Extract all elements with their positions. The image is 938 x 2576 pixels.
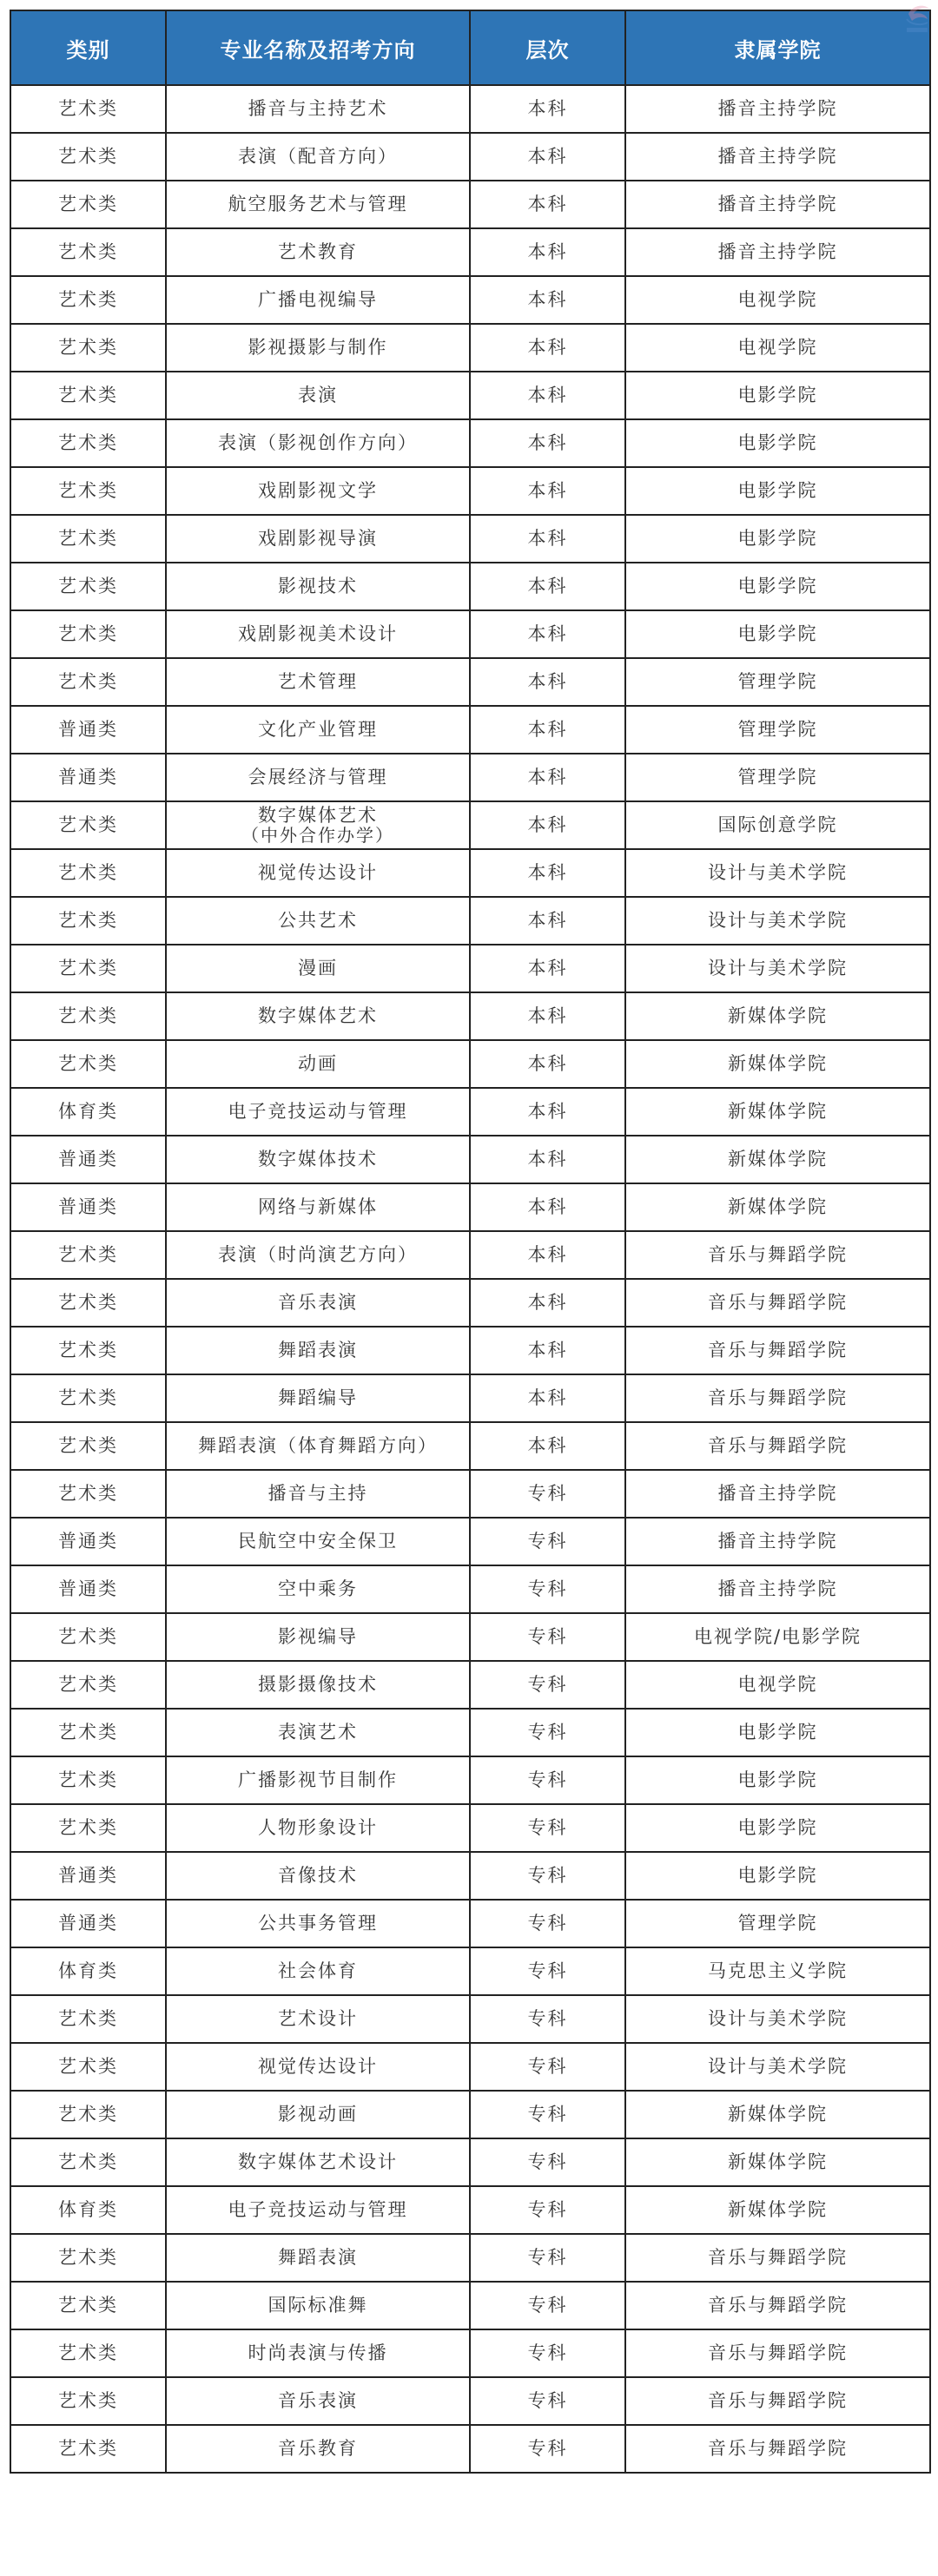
major-name: 表演（时尚演艺方向）	[218, 1244, 418, 1265]
cell-college: 电影学院	[625, 419, 930, 467]
cell-level: 专科	[470, 2234, 625, 2282]
cell-major: 艺术管理	[166, 658, 470, 706]
major-name: 舞蹈编导	[278, 1387, 358, 1408]
cell-level: 本科	[470, 849, 625, 897]
cell-college: 电影学院	[625, 1804, 930, 1852]
major-name: 社会体育	[278, 1960, 358, 1981]
table-row: 艺术类视觉传达设计本科设计与美术学院	[10, 849, 930, 897]
cell-major: 舞蹈表演（体育舞蹈方向）	[166, 1422, 470, 1470]
cell-major: 广播影视节目制作	[166, 1756, 470, 1804]
cell-level: 本科	[470, 1231, 625, 1279]
major-name: 数字媒体技术	[258, 1149, 378, 1169]
cell-college: 音乐与舞蹈学院	[625, 2282, 930, 2329]
major-name: 音像技术	[278, 1865, 358, 1886]
cell-category: 普通类	[10, 1852, 166, 1900]
cell-major: 数字媒体艺术设计	[166, 2138, 470, 2186]
cell-category: 普通类	[10, 1136, 166, 1183]
cell-level: 专科	[470, 2425, 625, 2473]
cell-level: 本科	[470, 133, 625, 181]
table-row: 艺术类公共艺术本科设计与美术学院	[10, 897, 930, 945]
cell-college: 电影学院	[625, 610, 930, 658]
cell-college: 播音主持学院	[625, 181, 930, 228]
cell-level: 本科	[470, 1279, 625, 1327]
major-name: 空中乘务	[278, 1578, 358, 1599]
cell-category: 艺术类	[10, 945, 166, 992]
cell-major: 音乐表演	[166, 1279, 470, 1327]
cell-level: 本科	[470, 1327, 625, 1374]
cell-level: 专科	[470, 1947, 625, 1995]
cell-college: 电影学院	[625, 1709, 930, 1756]
cell-level: 专科	[470, 1900, 625, 1947]
cell-level: 本科	[470, 1183, 625, 1231]
cell-major: 动画	[166, 1040, 470, 1088]
cell-level: 专科	[470, 1756, 625, 1804]
cell-level: 专科	[470, 1804, 625, 1852]
cell-college: 电视学院	[625, 1661, 930, 1709]
major-name: 戏剧影视文学	[258, 480, 378, 501]
cell-category: 艺术类	[10, 1709, 166, 1756]
table-row: 艺术类动画本科新媒体学院	[10, 1040, 930, 1088]
table-row: 艺术类影视编导专科电视学院/电影学院	[10, 1613, 930, 1661]
cell-college: 新媒体学院	[625, 2091, 930, 2138]
cell-major: 民航空中安全保卫	[166, 1518, 470, 1565]
table-row: 艺术类音乐表演专科音乐与舞蹈学院	[10, 2377, 930, 2425]
cell-category: 普通类	[10, 1183, 166, 1231]
cell-college: 国际创意学院	[625, 801, 930, 849]
cell-category: 普通类	[10, 1518, 166, 1565]
table-row: 艺术类艺术管理本科管理学院	[10, 658, 930, 706]
major-name: 公共事务管理	[258, 1913, 378, 1934]
cell-level: 专科	[470, 2138, 625, 2186]
cell-major: 公共艺术	[166, 897, 470, 945]
major-name: 漫画	[298, 958, 338, 978]
cell-category: 艺术类	[10, 1470, 166, 1518]
cell-level: 本科	[470, 1374, 625, 1422]
major-name: 广播电视编导	[258, 289, 378, 310]
major-name: 音乐教育	[278, 2438, 358, 2459]
cell-major: 影视动画	[166, 2091, 470, 2138]
cell-college: 电影学院	[625, 1852, 930, 1900]
cell-level: 本科	[470, 85, 625, 133]
cell-major: 电子竞技运动与管理	[166, 1088, 470, 1136]
cell-level: 专科	[470, 2043, 625, 2091]
major-name: 舞蹈表演（体育舞蹈方向）	[198, 1435, 438, 1456]
cell-major: 音乐表演	[166, 2377, 470, 2425]
cell-major: 表演	[166, 372, 470, 419]
cell-level: 本科	[470, 276, 625, 324]
cell-college: 音乐与舞蹈学院	[625, 1422, 930, 1470]
major-name: 影视技术	[278, 576, 358, 596]
table-row: 体育类电子竞技运动与管理本科新媒体学院	[10, 1088, 930, 1136]
cell-major: 视觉传达设计	[166, 849, 470, 897]
cell-college: 设计与美术学院	[625, 2043, 930, 2091]
cell-level: 专科	[470, 2329, 625, 2377]
major-name: 艺术管理	[278, 671, 358, 692]
table-row: 艺术类戏剧影视文学本科电影学院	[10, 467, 930, 515]
cell-major: 摄影摄像技术	[166, 1661, 470, 1709]
cell-major: 人物形象设计	[166, 1804, 470, 1852]
header-major: 专业名称及招考方向	[166, 10, 470, 85]
cell-category: 艺术类	[10, 658, 166, 706]
major-name: 艺术设计	[278, 2008, 358, 2029]
cell-major: 国际标准舞	[166, 2282, 470, 2329]
cell-college: 音乐与舞蹈学院	[625, 2234, 930, 2282]
table-row: 艺术类广播影视节目制作专科电影学院	[10, 1756, 930, 1804]
cell-category: 艺术类	[10, 1995, 166, 2043]
cell-college: 新媒体学院	[625, 992, 930, 1040]
major-name: 音乐表演	[278, 1292, 358, 1313]
major-name: 数字媒体艺术设计	[238, 2151, 398, 2172]
table-row: 艺术类播音与主持专科播音主持学院	[10, 1470, 930, 1518]
cell-level: 本科	[470, 754, 625, 801]
cell-category: 艺术类	[10, 1231, 166, 1279]
cell-major: 广播电视编导	[166, 276, 470, 324]
header-college: 隶属学院	[625, 10, 930, 85]
cell-major: 时尚表演与传播	[166, 2329, 470, 2377]
major-name: 表演（影视创作方向）	[218, 432, 418, 453]
major-name: 动画	[298, 1053, 338, 1074]
cell-college: 电影学院	[625, 515, 930, 563]
table-row: 艺术类戏剧影视导演本科电影学院	[10, 515, 930, 563]
cell-level: 本科	[470, 1422, 625, 1470]
cell-major: 会展经济与管理	[166, 754, 470, 801]
cell-level: 专科	[470, 1661, 625, 1709]
table-body: 艺术类播音与主持艺术本科播音主持学院艺术类表演（配音方向）本科播音主持学院艺术类…	[10, 85, 930, 2473]
cell-level: 本科	[470, 372, 625, 419]
cell-major: 漫画	[166, 945, 470, 992]
table-row: 艺术类艺术教育本科播音主持学院	[10, 228, 930, 276]
cell-category: 体育类	[10, 1088, 166, 1136]
cell-category: 普通类	[10, 1900, 166, 1947]
cell-major: 艺术教育	[166, 228, 470, 276]
cell-level: 专科	[470, 2377, 625, 2425]
cell-college: 音乐与舞蹈学院	[625, 2425, 930, 2473]
cell-category: 艺术类	[10, 85, 166, 133]
table-row: 艺术类表演本科电影学院	[10, 372, 930, 419]
cell-college: 电影学院	[625, 563, 930, 610]
cell-level: 本科	[470, 610, 625, 658]
cell-level: 本科	[470, 515, 625, 563]
major-name: 表演艺术	[278, 1722, 358, 1743]
cell-major: 影视编导	[166, 1613, 470, 1661]
cell-level: 专科	[470, 2186, 625, 2234]
cell-college: 电影学院	[625, 467, 930, 515]
cell-college: 电视学院/电影学院	[625, 1613, 930, 1661]
cell-college: 设计与美术学院	[625, 1995, 930, 2043]
cell-college: 新媒体学院	[625, 1136, 930, 1183]
table-row: 艺术类影视动画专科新媒体学院	[10, 2091, 930, 2138]
table-row: 艺术类播音与主持艺术本科播音主持学院	[10, 85, 930, 133]
table-row: 艺术类舞蹈表演本科音乐与舞蹈学院	[10, 1327, 930, 1374]
cell-category: 艺术类	[10, 849, 166, 897]
cell-major: 网络与新媒体	[166, 1183, 470, 1231]
table-row: 艺术类国际标准舞专科音乐与舞蹈学院	[10, 2282, 930, 2329]
major-name: 视觉传达设计	[258, 862, 378, 883]
table-row: 普通类公共事务管理专科管理学院	[10, 1900, 930, 1947]
cell-category: 艺术类	[10, 1374, 166, 1422]
major-name: 视觉传达设计	[258, 2056, 378, 2077]
cell-major: 数字媒体艺术	[166, 992, 470, 1040]
table-row: 体育类社会体育专科马克思主义学院	[10, 1947, 930, 1995]
table-row: 艺术类影视技术本科电影学院	[10, 563, 930, 610]
table-row: 普通类空中乘务专科播音主持学院	[10, 1565, 930, 1613]
cell-category: 体育类	[10, 2186, 166, 2234]
cell-category: 艺术类	[10, 610, 166, 658]
cell-college: 电影学院	[625, 1756, 930, 1804]
cell-category: 艺术类	[10, 1327, 166, 1374]
cell-major: 影视摄影与制作	[166, 324, 470, 372]
cell-major: 舞蹈表演	[166, 1327, 470, 1374]
cell-category: 艺术类	[10, 419, 166, 467]
cell-major: 音像技术	[166, 1852, 470, 1900]
cell-level: 本科	[470, 419, 625, 467]
cell-level: 专科	[470, 1995, 625, 2043]
cell-college: 音乐与舞蹈学院	[625, 2377, 930, 2425]
cell-college: 电视学院	[625, 276, 930, 324]
cell-category: 艺术类	[10, 1756, 166, 1804]
major-name: 舞蹈表演	[278, 1340, 358, 1360]
table-row: 艺术类视觉传达设计专科设计与美术学院	[10, 2043, 930, 2091]
table-row: 普通类民航空中安全保卫专科播音主持学院	[10, 1518, 930, 1565]
table-row: 艺术类音乐教育专科音乐与舞蹈学院	[10, 2425, 930, 2473]
cell-major: 电子竞技运动与管理	[166, 2186, 470, 2234]
cell-college: 音乐与舞蹈学院	[625, 1374, 930, 1422]
major-name: 影视动画	[278, 2104, 358, 2125]
major-name: 网络与新媒体	[258, 1196, 378, 1217]
cell-college: 管理学院	[625, 1900, 930, 1947]
cell-college: 管理学院	[625, 658, 930, 706]
cell-category: 普通类	[10, 754, 166, 801]
major-name: 影视编导	[278, 1626, 358, 1647]
cell-level: 本科	[470, 467, 625, 515]
cell-major: 舞蹈编导	[166, 1374, 470, 1422]
cell-college: 新媒体学院	[625, 2186, 930, 2234]
table-row: 艺术类漫画本科设计与美术学院	[10, 945, 930, 992]
cell-category: 艺术类	[10, 324, 166, 372]
cell-college: 播音主持学院	[625, 228, 930, 276]
cell-category: 艺术类	[10, 1661, 166, 1709]
cell-category: 艺术类	[10, 2138, 166, 2186]
cell-college: 音乐与舞蹈学院	[625, 1279, 930, 1327]
cell-level: 专科	[470, 1565, 625, 1613]
major-name: 摄影摄像技术	[258, 1674, 378, 1695]
cell-college: 音乐与舞蹈学院	[625, 1231, 930, 1279]
cell-level: 本科	[470, 1136, 625, 1183]
table-row: 艺术类表演（配音方向）本科播音主持学院	[10, 133, 930, 181]
cell-major: 公共事务管理	[166, 1900, 470, 1947]
cell-major: 播音与主持	[166, 1470, 470, 1518]
major-name: 影视摄影与制作	[248, 337, 388, 358]
major-note: （中外合作办学）	[167, 826, 469, 846]
table-row: 艺术类航空服务艺术与管理本科播音主持学院	[10, 181, 930, 228]
cell-level: 专科	[470, 1852, 625, 1900]
major-name: 表演	[298, 385, 338, 405]
majors-table: 类别 专业名称及招考方向 层次 隶属学院 艺术类播音与主持艺术本科播音主持学院艺…	[10, 10, 931, 2474]
cell-major: 视觉传达设计	[166, 2043, 470, 2091]
cell-category: 艺术类	[10, 1040, 166, 1088]
cell-college: 设计与美术学院	[625, 897, 930, 945]
cell-major: 戏剧影视导演	[166, 515, 470, 563]
table-row: 体育类电子竞技运动与管理专科新媒体学院	[10, 2186, 930, 2234]
cell-category: 艺术类	[10, 133, 166, 181]
cell-category: 普通类	[10, 1565, 166, 1613]
cell-college: 新媒体学院	[625, 1088, 930, 1136]
major-name: 电子竞技运动与管理	[228, 1101, 408, 1122]
major-name: 音乐表演	[278, 2390, 358, 2411]
cell-category: 艺术类	[10, 467, 166, 515]
major-name: 国际标准舞	[268, 2295, 368, 2316]
table-row: 普通类文化产业管理本科管理学院	[10, 706, 930, 754]
major-name: 民航空中安全保卫	[238, 1531, 398, 1552]
cell-college: 新媒体学院	[625, 1040, 930, 1088]
cell-level: 专科	[470, 1709, 625, 1756]
cell-level: 本科	[470, 945, 625, 992]
cell-category: 艺术类	[10, 1613, 166, 1661]
table-row: 艺术类摄影摄像技术专科电视学院	[10, 1661, 930, 1709]
cell-category: 艺术类	[10, 2091, 166, 2138]
cell-major: 戏剧影视美术设计	[166, 610, 470, 658]
cell-category: 艺术类	[10, 2282, 166, 2329]
major-name: 航空服务艺术与管理	[228, 194, 408, 214]
cell-major: 播音与主持艺术	[166, 85, 470, 133]
major-name: 时尚表演与传播	[248, 2342, 388, 2363]
cell-college: 播音主持学院	[625, 1470, 930, 1518]
header-level: 层次	[470, 10, 625, 85]
major-name: 表演（配音方向）	[238, 146, 398, 167]
cell-category: 艺术类	[10, 2329, 166, 2377]
cell-major: 空中乘务	[166, 1565, 470, 1613]
major-name: 数字媒体艺术	[258, 805, 378, 826]
cell-category: 艺术类	[10, 897, 166, 945]
cell-college: 马克思主义学院	[625, 1947, 930, 1995]
table-row: 普通类网络与新媒体本科新媒体学院	[10, 1183, 930, 1231]
cell-major: 戏剧影视文学	[166, 467, 470, 515]
cell-category: 艺术类	[10, 372, 166, 419]
cell-major: 数字媒体技术	[166, 1136, 470, 1183]
cell-major: 社会体育	[166, 1947, 470, 1995]
cell-college: 播音主持学院	[625, 1518, 930, 1565]
table-row: 艺术类数字媒体艺术（中外合作办学）本科国际创意学院	[10, 801, 930, 849]
cell-major: 表演（时尚演艺方向）	[166, 1231, 470, 1279]
major-name: 文化产业管理	[258, 719, 378, 740]
cell-level: 本科	[470, 1040, 625, 1088]
major-name: 公共艺术	[278, 910, 358, 931]
table-header: 类别 专业名称及招考方向 层次 隶属学院	[10, 10, 930, 85]
cell-level: 本科	[470, 563, 625, 610]
cell-college: 电影学院	[625, 372, 930, 419]
cell-major: 数字媒体艺术（中外合作办学）	[166, 801, 470, 849]
major-name: 戏剧影视导演	[258, 528, 378, 549]
major-name: 电子竞技运动与管理	[228, 2199, 408, 2220]
cell-category: 艺术类	[10, 2377, 166, 2425]
cell-level: 本科	[470, 181, 625, 228]
cell-college: 音乐与舞蹈学院	[625, 2329, 930, 2377]
table-row: 艺术类表演（影视创作方向）本科电影学院	[10, 419, 930, 467]
cell-level: 专科	[470, 1470, 625, 1518]
cell-major: 表演艺术	[166, 1709, 470, 1756]
cell-college: 新媒体学院	[625, 2138, 930, 2186]
cell-category: 艺术类	[10, 2043, 166, 2091]
cell-category: 艺术类	[10, 1422, 166, 1470]
table-row: 艺术类舞蹈编导本科音乐与舞蹈学院	[10, 1374, 930, 1422]
cell-category: 艺术类	[10, 228, 166, 276]
cell-level: 本科	[470, 706, 625, 754]
major-name: 舞蹈表演	[278, 2247, 358, 2268]
majors-table-container: 类别 专业名称及招考方向 层次 隶属学院 艺术类播音与主持艺术本科播音主持学院艺…	[10, 10, 929, 2474]
table-row: 艺术类广播电视编导本科电视学院	[10, 276, 930, 324]
cell-category: 艺术类	[10, 1279, 166, 1327]
cell-college: 播音主持学院	[625, 133, 930, 181]
table-row: 艺术类人物形象设计专科电影学院	[10, 1804, 930, 1852]
major-name: 艺术教育	[278, 241, 358, 262]
cell-category: 普通类	[10, 706, 166, 754]
cell-college: 设计与美术学院	[625, 849, 930, 897]
cell-college: 设计与美术学院	[625, 945, 930, 992]
cell-major: 表演（配音方向）	[166, 133, 470, 181]
cell-college: 新媒体学院	[625, 1183, 930, 1231]
header-row: 类别 专业名称及招考方向 层次 隶属学院	[10, 10, 930, 85]
table-row: 艺术类舞蹈表演（体育舞蹈方向）本科音乐与舞蹈学院	[10, 1422, 930, 1470]
cell-level: 本科	[470, 992, 625, 1040]
cell-category: 艺术类	[10, 563, 166, 610]
cell-college: 管理学院	[625, 706, 930, 754]
cell-college: 音乐与舞蹈学院	[625, 1327, 930, 1374]
cell-category: 体育类	[10, 1947, 166, 1995]
table-row: 艺术类表演艺术专科电影学院	[10, 1709, 930, 1756]
cell-category: 艺术类	[10, 181, 166, 228]
table-row: 艺术类音乐表演本科音乐与舞蹈学院	[10, 1279, 930, 1327]
cell-level: 本科	[470, 1088, 625, 1136]
header-category: 类别	[10, 10, 166, 85]
table-row: 艺术类影视摄影与制作本科电视学院	[10, 324, 930, 372]
cell-level: 本科	[470, 801, 625, 849]
cell-category: 艺术类	[10, 515, 166, 563]
cell-major: 音乐教育	[166, 2425, 470, 2473]
cell-college: 播音主持学院	[625, 1565, 930, 1613]
major-name: 广播影视节目制作	[238, 1769, 398, 1790]
cell-category: 艺术类	[10, 2425, 166, 2473]
cell-major: 表演（影视创作方向）	[166, 419, 470, 467]
major-name: 数字媒体艺术	[258, 1005, 378, 1026]
table-row: 艺术类艺术设计专科设计与美术学院	[10, 1995, 930, 2043]
cell-category: 艺术类	[10, 801, 166, 849]
major-name: 戏剧影视美术设计	[238, 623, 398, 644]
cell-category: 艺术类	[10, 276, 166, 324]
cell-major: 艺术设计	[166, 1995, 470, 2043]
table-row: 艺术类数字媒体艺术本科新媒体学院	[10, 992, 930, 1040]
major-name: 播音与主持艺术	[248, 98, 388, 119]
cell-category: 艺术类	[10, 2234, 166, 2282]
cell-level: 本科	[470, 658, 625, 706]
cell-level: 本科	[470, 324, 625, 372]
cell-level: 本科	[470, 897, 625, 945]
table-row: 普通类会展经济与管理本科管理学院	[10, 754, 930, 801]
cell-college: 播音主持学院	[625, 85, 930, 133]
table-row: 普通类数字媒体技术本科新媒体学院	[10, 1136, 930, 1183]
table-row: 艺术类时尚表演与传播专科音乐与舞蹈学院	[10, 2329, 930, 2377]
cell-level: 专科	[470, 1518, 625, 1565]
cell-level: 专科	[470, 2091, 625, 2138]
cell-level: 专科	[470, 2282, 625, 2329]
cell-major: 影视技术	[166, 563, 470, 610]
major-name: 人物形象设计	[258, 1817, 378, 1838]
major-name: 会展经济与管理	[248, 767, 388, 787]
major-name: 播音与主持	[268, 1483, 368, 1504]
cell-college: 电视学院	[625, 324, 930, 372]
cell-major: 航空服务艺术与管理	[166, 181, 470, 228]
cell-level: 本科	[470, 228, 625, 276]
table-row: 艺术类数字媒体艺术设计专科新媒体学院	[10, 2138, 930, 2186]
